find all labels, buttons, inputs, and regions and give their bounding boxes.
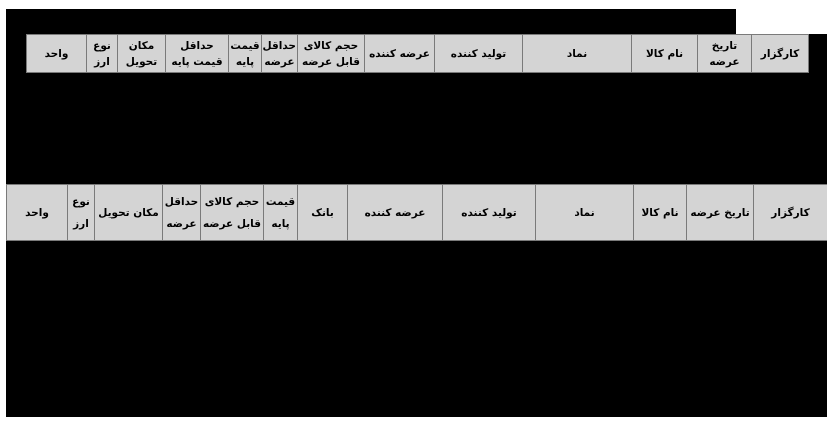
table-header-2: کارگزار تاریخ عرضه نام کالا نماد تولید ک… <box>6 184 827 241</box>
col-symbol: نماد <box>536 185 634 241</box>
col-bank: بانک <box>298 185 348 241</box>
col-offer-date: تاریخ عرضه <box>698 35 752 73</box>
col-commodity-name: نام کالا <box>634 185 687 241</box>
header-row: کارگزار تاریخ عرضه نام کالا نماد تولید ک… <box>27 35 809 73</box>
col-broker: کارگزار <box>752 35 809 73</box>
col-currency-type: نوع ارز <box>87 35 118 73</box>
col-min-base-price: حداقل قیمت پایه <box>166 35 229 73</box>
col-unit: واحد <box>7 185 68 241</box>
col-producer: تولید کننده <box>443 185 536 241</box>
header-row: کارگزار تاریخ عرضه نام کالا نماد تولید ک… <box>7 185 827 241</box>
table-header-1: کارگزار تاریخ عرضه نام کالا نماد تولید ک… <box>26 34 809 73</box>
black-region-top <box>6 9 736 34</box>
col-supplier: عرضه کننده <box>365 35 435 73</box>
col-delivery-place: مکان تحویل <box>95 185 163 241</box>
col-base-price: قیمت پایه <box>264 185 298 241</box>
col-delivery-place: مکان تحویل <box>118 35 166 73</box>
col-supplier: عرضه کننده <box>348 185 443 241</box>
col-base-price: قیمت پایه <box>229 35 262 73</box>
col-commodity-name: نام کالا <box>632 35 698 73</box>
col-currency-type: نوع ارز <box>68 185 95 241</box>
col-offer-volume: حجم کالای قابل عرضه <box>201 185 264 241</box>
col-symbol: نماد <box>523 35 632 73</box>
col-min-offer: حداقل عرضه <box>262 35 298 73</box>
col-unit: واحد <box>27 35 87 73</box>
col-min-offer: حداقل عرضه <box>163 185 201 241</box>
col-offer-volume: حجم کالای قابل عرضه <box>298 35 365 73</box>
col-producer: تولید کننده <box>435 35 523 73</box>
col-offer-date: تاریخ عرضه <box>687 185 754 241</box>
col-broker: کارگزار <box>754 185 827 241</box>
